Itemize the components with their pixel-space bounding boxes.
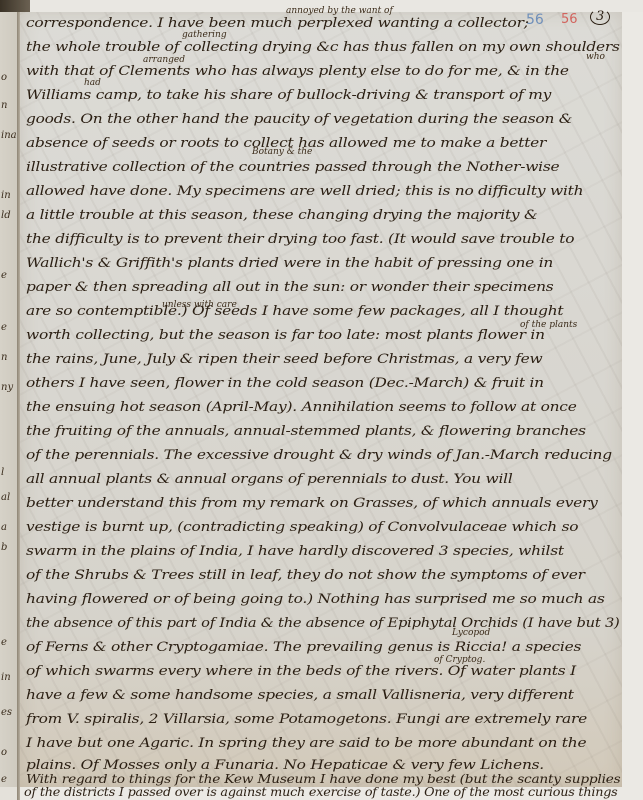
adjacent-page-fragment: o n ina in ld e e n ny l al a b e in es … [0, 12, 17, 787]
manuscript-line: having flowered or of being going to.) N… [26, 592, 605, 607]
manuscript-line: of the Shrubs & Trees still in leaf, the… [26, 568, 585, 583]
folio-number-red: 56 [561, 12, 578, 27]
manuscript-line: allowed have done. My specimens are well… [26, 184, 583, 199]
manuscript-line: better understand this from my remark on… [26, 496, 598, 511]
manuscript-line: correspondence. I have been much perplex… [26, 16, 529, 31]
insertion-annotation: annoyed by the want of [286, 6, 393, 16]
manuscript-line: have a few & some handsome species, a sm… [26, 688, 574, 703]
manuscript-line: the rains, June, July & ripen their seed… [26, 352, 543, 367]
insertion-annotation: gathering [182, 30, 227, 40]
manuscript-line: with that of Clements who has always ple… [26, 64, 569, 79]
scan-shadow [0, 0, 30, 12]
manuscript-line: swarm in the plains of India, I have har… [26, 544, 564, 559]
manuscript-line: the fruiting of the annuals, annual-stem… [26, 424, 586, 439]
insertion-annotation: had [84, 78, 101, 88]
manuscript-line: of the perennials. The excessive drought… [26, 448, 612, 463]
manuscript-line: plains. Of Mosses only a Funaria. No Hep… [26, 758, 544, 773]
manuscript-line: Wallich's & Griffith's plants dried were… [26, 256, 553, 271]
manuscript-line: vestige is burnt up, (contradicting spea… [26, 520, 578, 535]
manuscript-line: of the districts I passed over is agains… [24, 785, 618, 799]
manuscript-line: the difficulty is to prevent their dryin… [26, 232, 574, 247]
manuscript-line: paper & then spreading all out in the su… [26, 280, 553, 295]
manuscript-line: Williams camp, to take his share of bull… [26, 88, 551, 103]
folio-stamp-blue: 56 [526, 12, 544, 28]
manuscript-line: a little trouble at this season, these c… [26, 208, 538, 223]
manuscript-line: are so contemptible.) Of seeds I have so… [26, 304, 563, 319]
manuscript-line: the absence of this part of India & the … [26, 616, 620, 631]
manuscript-line: of which swarms every where in the beds … [26, 664, 576, 679]
manuscript-line: of Ferns & other Cryptogamiae. The preva… [26, 640, 581, 655]
manuscript-line: from V. spiralis, 2 Villarsia, some Pota… [26, 712, 587, 727]
scan-background [622, 12, 643, 800]
manuscript-line: I have but one Agaric. In spring they ar… [26, 736, 586, 751]
manuscript-line: the ensuing hot season (April-May). Anni… [26, 400, 577, 415]
manuscript-line: others I have seen, flower in the cold s… [26, 376, 544, 391]
manuscript-line: the whole trouble of collecting drying &… [26, 40, 620, 55]
manuscript-line: illustrative collection of the countries… [26, 160, 559, 175]
manuscript-line: goods. On the other hand the paucity of … [26, 112, 572, 127]
manuscript-line: all annual plants & annual organs of per… [26, 472, 513, 487]
manuscript-line: With regard to things for the Kew Museum… [26, 772, 620, 786]
manuscript-line: worth collecting, but the season is far … [26, 328, 545, 343]
manuscript-line: absence of seeds or roots to collect has… [26, 136, 546, 151]
